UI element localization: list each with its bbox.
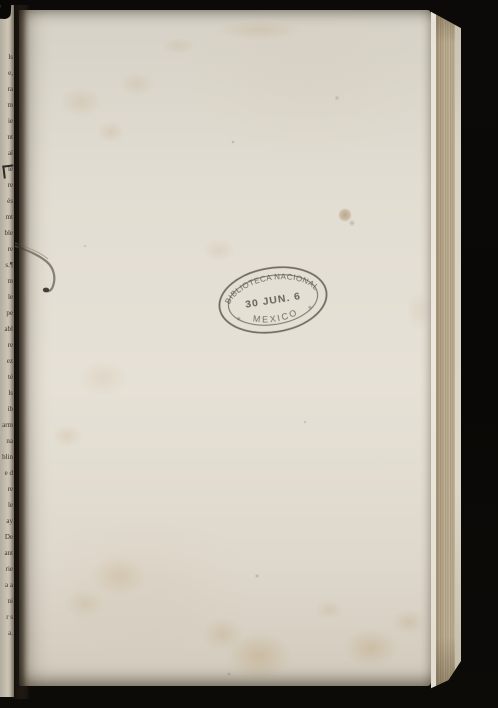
page-stack-edges xyxy=(436,9,455,691)
edge-mark xyxy=(2,164,14,178)
thread-strand xyxy=(15,246,54,291)
outer-page-edge xyxy=(455,9,461,691)
previous-page-edge: lse,ramientaïlereésmtbleres.¶mlepeablree… xyxy=(0,5,14,697)
top-left-shadow xyxy=(0,0,11,19)
fore-edge xyxy=(431,9,461,691)
thread-highlight xyxy=(15,243,48,259)
previous-page-text-fragments: lse,ramientaïlereésmtbleres.¶mlepeablree… xyxy=(0,49,13,641)
thread-tip xyxy=(43,288,49,293)
bookmark-thread xyxy=(11,236,81,320)
book-scan: lse,ramientaïlereésmtbleres.¶mlepeablree… xyxy=(0,0,498,708)
blank-page: BIBLIOTECA NACIONAL 30 JUN. 6 MEXICO ✳ ✳ xyxy=(19,10,431,686)
stamp-date-text: 30 JUN. 6 xyxy=(244,290,301,311)
stamp-right-ornament: ✳ xyxy=(307,304,313,312)
stamp-left-ornament: ✳ xyxy=(236,315,242,323)
library-stamp: BIBLIOTECA NACIONAL 30 JUN. 6 MEXICO ✳ ✳ xyxy=(207,251,338,349)
